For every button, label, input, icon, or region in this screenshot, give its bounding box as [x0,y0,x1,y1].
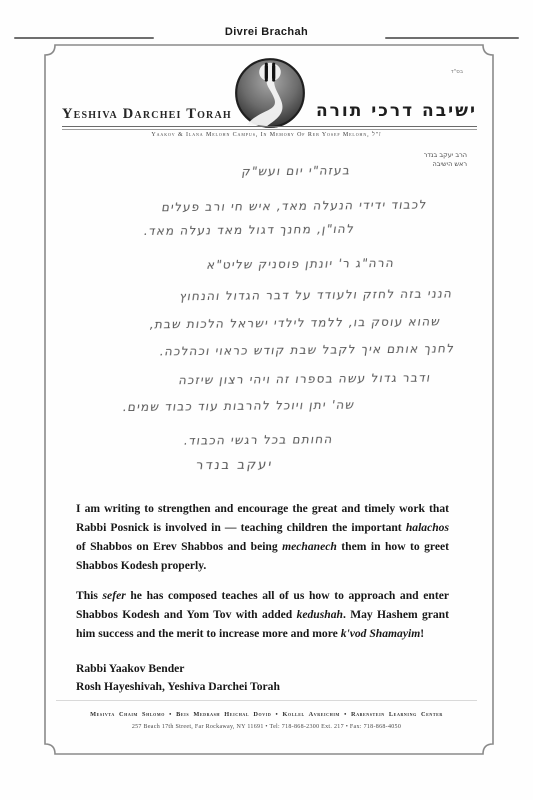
letter-scan-page: Divrei Brachah בס"ד Yeshiva Darchei Tora… [0,0,533,800]
handwritten-line: שה' יתן ויוכל להרבות עוד כבוד שמים. [122,398,356,414]
handwritten-signature: יעקב בנדר [195,458,274,474]
handwritten-addressee-line: הרה"ג ר' יונתן פוסניק שליט"א [206,256,396,272]
hebrew-term-italic: halachos [406,521,449,534]
yeshiva-name-english: Yeshiva Darchei Torah [62,106,232,123]
handwritten-date-line: בעזה"י יום ועש"ק [241,163,352,178]
campus-dedication-line: Yaakov & Ilana Melohn Campus, In Memory … [0,132,533,138]
signer-name: Rabbi Yaakov Bender [76,660,449,678]
hebrew-term-italic: sefer [103,589,126,602]
rosh-hayeshiva-side-label: הרב יעקב בנדר ראש הישיבה [424,151,467,169]
paragraph-text: ! [420,627,424,640]
signer-title: Rosh Hayeshivah, Yeshiva Darchei Torah [76,678,449,696]
handwritten-line: לכבוד ידידי הנעלה מאד, איש חי ורב פעלים [161,198,429,215]
side-rabbi-title: ראש הישיבה [424,160,467,169]
footer-divisions-line: Mesivta Chaim Shlomo • Beis Medrash Heic… [0,711,533,718]
paragraph-text: I am writing to strengthen and encourage… [76,502,449,534]
side-rabbi-name: הרב יעקב בנדר [424,151,467,160]
handwritten-line: הנני בזה לחזק ולעודד על דבר הגדול והנחוץ [179,287,454,304]
handwritten-line: להו"ן, מחנך דגול מאד נעלה מאד. [143,222,356,238]
letterhead-double-rule [62,126,477,130]
footer-address-line: 257 Beach 17th Street, Far Rockaway, NY … [0,724,533,730]
hebrew-term-italic: k'vod Shamayim [341,627,421,640]
paragraph-text: This [76,589,103,602]
signature-block: Rabbi Yaakov Bender Rosh Hayeshivah, Yes… [76,660,449,696]
hebrew-term-italic: mechanech [282,540,337,553]
typed-letter-body: I am writing to strengthen and encourage… [76,499,449,696]
paragraph-text: of Shabbos on Erev Shabbos and being [76,540,282,553]
handwritten-line: ודבר גדול עשה בספרו זה ויהי רצון שיזכה [178,371,432,388]
letter-paragraph-1: I am writing to strengthen and encourage… [76,499,449,575]
yeshiva-logo-icon [234,57,306,129]
hebrew-term-italic: kedushah [297,608,343,621]
footer-rule [56,700,477,701]
bsd-mark: בס"ד [451,69,463,75]
handwritten-closing-line: החותם בכל רגשי הכבוד. [183,432,335,448]
yeshiva-name-hebrew: ישיבה דרכי תורה [316,101,477,121]
letter-paragraph-2: This sefer he has composed teaches all o… [76,586,449,643]
